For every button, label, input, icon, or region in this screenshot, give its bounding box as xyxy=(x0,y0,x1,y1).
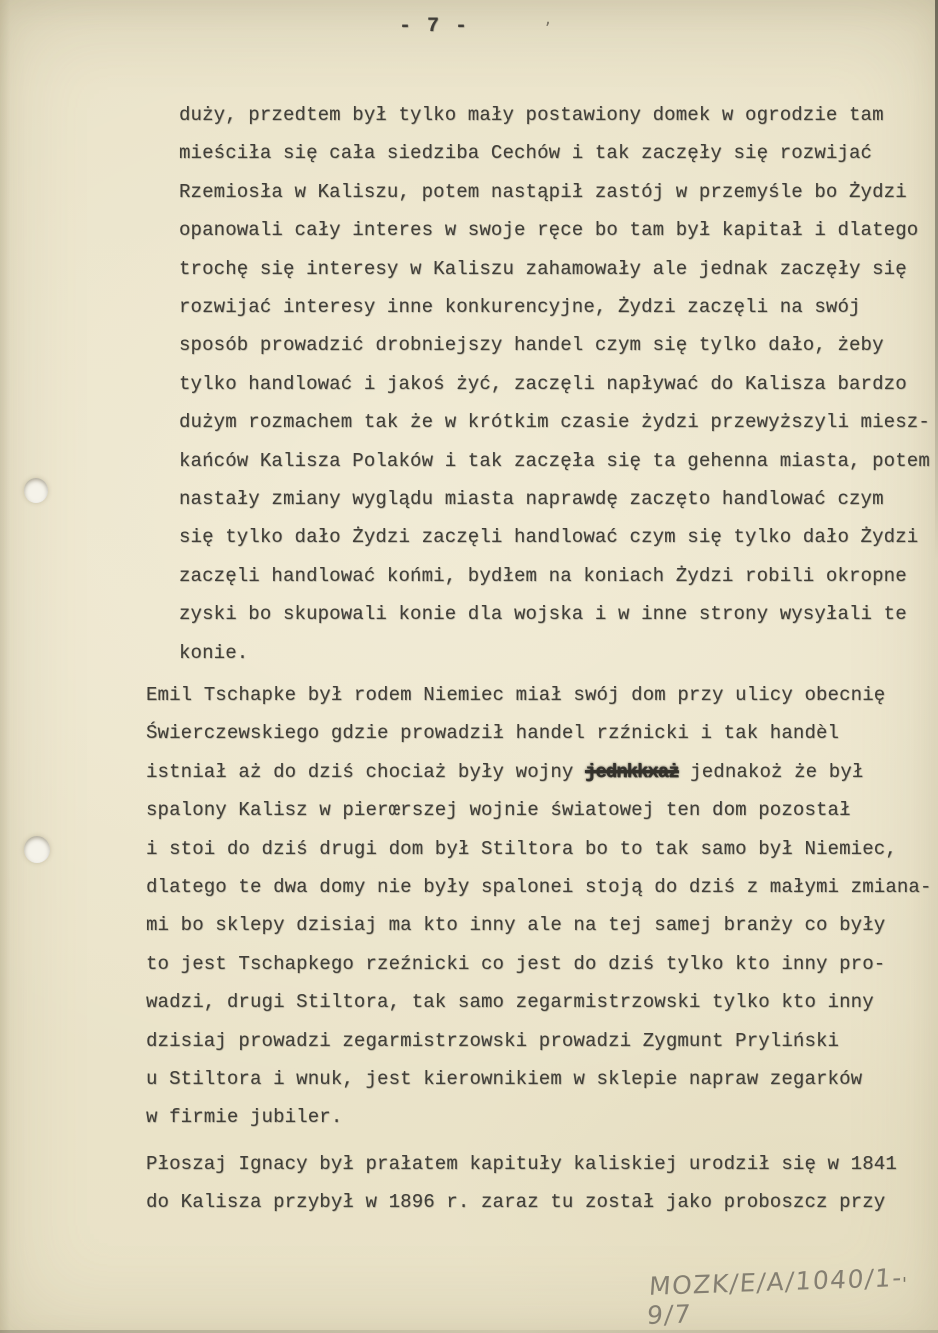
text-line: spalony Kalisz w pierœrszej wojnie świat… xyxy=(146,791,938,829)
text-line: Emil Tschapke był rodem Niemiec miał swó… xyxy=(146,676,938,714)
hole-punch-bottom xyxy=(24,836,50,863)
text-line: kańców Kalisza Polaków i tak zaczęła się… xyxy=(179,442,927,480)
text-line: dużym rozmachem tak że w krótkim czasie … xyxy=(179,403,927,441)
text-line: zyski bo skupowali konie dla wojska i w … xyxy=(179,595,927,633)
text-line: to jest Tschapkego rzeźnicki co jest do … xyxy=(146,945,938,983)
paragraph-crafts-and-trade: duży, przedtem był tylko mały postawiony… xyxy=(179,96,927,672)
text-line: wadzi, drugi Stiltora, tak samo zegarmis… xyxy=(146,983,938,1021)
text-line: do Kalisza przybył w 1896 r. zaraz tu zo… xyxy=(146,1183,938,1221)
text-line: trochę się interesy w Kaliszu zahamowały… xyxy=(179,250,927,288)
text-line: duży, przedtem był tylko mały postawiony… xyxy=(179,96,927,134)
text-line: nastały zmiany wyglądu miasta naprawdę z… xyxy=(179,480,927,518)
paragraph-tschapke-stiltora: Emil Tschapke był rodem Niemiec miał swó… xyxy=(146,676,938,1137)
text-line: istniał aż do dziś chociaż były wojny je… xyxy=(146,753,938,791)
hole-punch-top xyxy=(24,478,48,503)
text-line: się tylko dało Żydzi zaczęli handlować c… xyxy=(179,518,927,556)
text-line: tylko handlować i jakoś żyć, zaczęli nap… xyxy=(179,365,927,403)
crossed-out-word: jednkkxaż xyxy=(585,761,679,783)
text-line: Rzemiosła w Kaliszu, potem nastąpił zast… xyxy=(179,173,927,211)
text-line: opanowali cały interes w swoje ręce bo t… xyxy=(179,211,927,249)
text-line: Świerczewskiego gdzie prowadził handel r… xyxy=(146,714,938,752)
text-line: dlatego te dwa domy nie były spalonei st… xyxy=(146,868,938,906)
text-segment: jednakoż że był xyxy=(679,761,864,783)
paper-speck: , xyxy=(545,8,551,29)
text-line: konie. xyxy=(179,634,927,672)
text-line: w firmie jubiler. xyxy=(146,1098,938,1136)
paper-speck: ' xyxy=(902,1274,907,1295)
archive-reference-handwritten: MOZK/E/A/1040/1-9/7 xyxy=(646,1262,938,1330)
page-number: - 7 - xyxy=(0,15,868,38)
text-line: Płoszaj Ignacy był prałatem kapituły kal… xyxy=(146,1145,938,1183)
scanned-typewritten-page: - 7 - duży, przedtem był tylko mały post… xyxy=(0,0,938,1333)
text-line: mieściła się cała siedziba Cechów i tak … xyxy=(179,134,927,172)
text-line: rozwijać interesy inne konkurencyjne, Ży… xyxy=(179,288,927,326)
text-line: dzisiaj prowadzi zegarmistrzowski prowad… xyxy=(146,1022,938,1060)
text-line: sposób prowadzić drobniejszy handel czym… xyxy=(179,326,927,364)
text-line: mi bo sklepy dzisiaj ma kto inny ale na … xyxy=(146,906,938,944)
text-line: u Stiltora i wnuk, jest kierownikiem w s… xyxy=(146,1060,938,1098)
text-line: zaczęli handlować końmi, bydłem na konia… xyxy=(179,557,927,595)
page-edge-shadow-left xyxy=(0,0,10,1333)
paragraph-ploszaj-ignacy: Płoszaj Ignacy był prałatem kapituły kal… xyxy=(146,1145,938,1222)
text-line: i stoi do dziś drugi dom był Stiltora bo… xyxy=(146,830,938,868)
text-segment: istniał aż do dziś chociaż były wojny xyxy=(146,761,585,783)
